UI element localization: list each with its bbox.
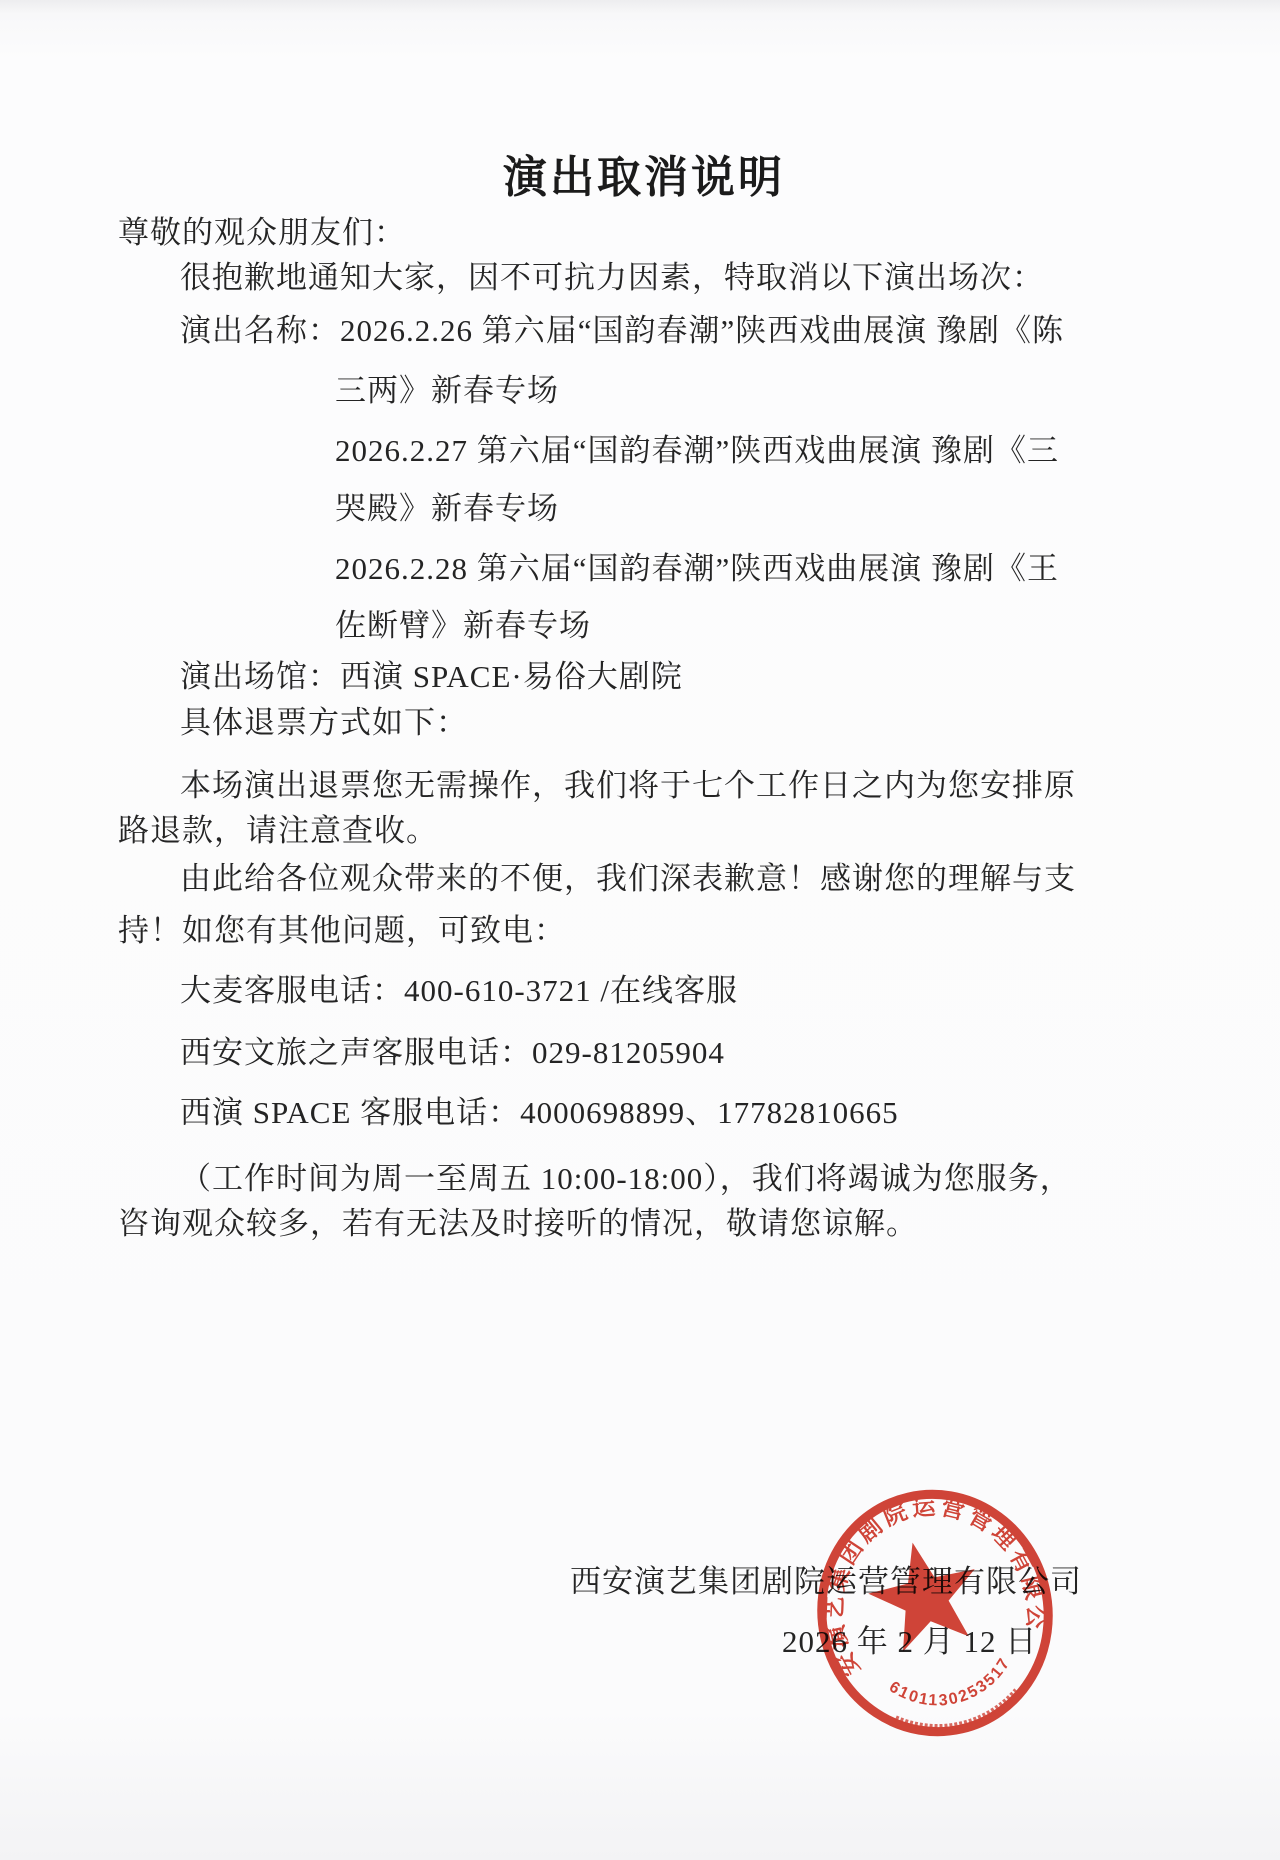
intro-line: 很抱歉地通知大家，因不可抗力因素，特取消以下演出场次： bbox=[118, 255, 1170, 300]
show-line: 三两》新春专场 bbox=[118, 368, 1170, 413]
phone-line-damai: 大麦客服电话：400-610-3721 /在线客服 bbox=[118, 968, 1170, 1013]
refund-line: 路退款，请注意查收。 bbox=[118, 808, 1170, 853]
show-line: 2026.2.28 第六届“国韵春潮”陕西戏曲展演 豫剧《王 bbox=[118, 546, 1170, 591]
refund-line: 本场演出退票您无需操作，我们将于七个工作日之内为您安排原 bbox=[118, 763, 1170, 808]
apology-line: 持！如您有其他问题，可致电： bbox=[118, 908, 1170, 953]
page-title: 演出取消说明 bbox=[118, 150, 1170, 206]
phone-line-space: 西演 SPACE 客服电话：4000698899、17782810665 bbox=[118, 1090, 1170, 1135]
seal-microtext-band bbox=[895, 1691, 1021, 1739]
signature-company: 西安演艺集团剧院运营管理有限公司 bbox=[570, 1559, 1170, 1604]
show-line: 哭殿》新春专场 bbox=[118, 486, 1170, 531]
show-line: 2026.2.27 第六届“国韵春潮”陕西戏曲展演 豫剧《三 bbox=[118, 428, 1170, 473]
refund-heading: 具体退票方式如下： bbox=[118, 700, 1170, 745]
worktime-line: （工作时间为周一至周五 10:00-18:00），我们将竭诚为您服务， bbox=[118, 1156, 1170, 1201]
apology-line: 由此给各位观众带来的不便，我们深表歉意！感谢您的理解与支 bbox=[118, 856, 1170, 901]
salutation-line: 尊敬的观众朋友们： bbox=[118, 210, 1170, 255]
worktime-line: 咨询观众较多，若有无法及时接听的情况，敬请您谅解。 bbox=[118, 1201, 1170, 1246]
phone-line-wenlv: 西安文旅之声客服电话：029-81205904 bbox=[118, 1030, 1170, 1075]
venue-line: 演出场馆：西演 SPACE·易俗大剧院 bbox=[118, 654, 1170, 699]
show-line: 演出名称：2026.2.26 第六届“国韵春潮”陕西戏曲展演 豫剧《陈 bbox=[118, 308, 1170, 353]
cancellation-notice-document: 演出取消说明 尊敬的观众朋友们： 很抱歉地通知大家，因不可抗力因素，特取消以下演… bbox=[0, 0, 1280, 1664]
signature-date: 2026 年 2 月 12 日 bbox=[782, 1619, 1170, 1664]
show-line: 佐断臂》新春专场 bbox=[118, 603, 1170, 648]
